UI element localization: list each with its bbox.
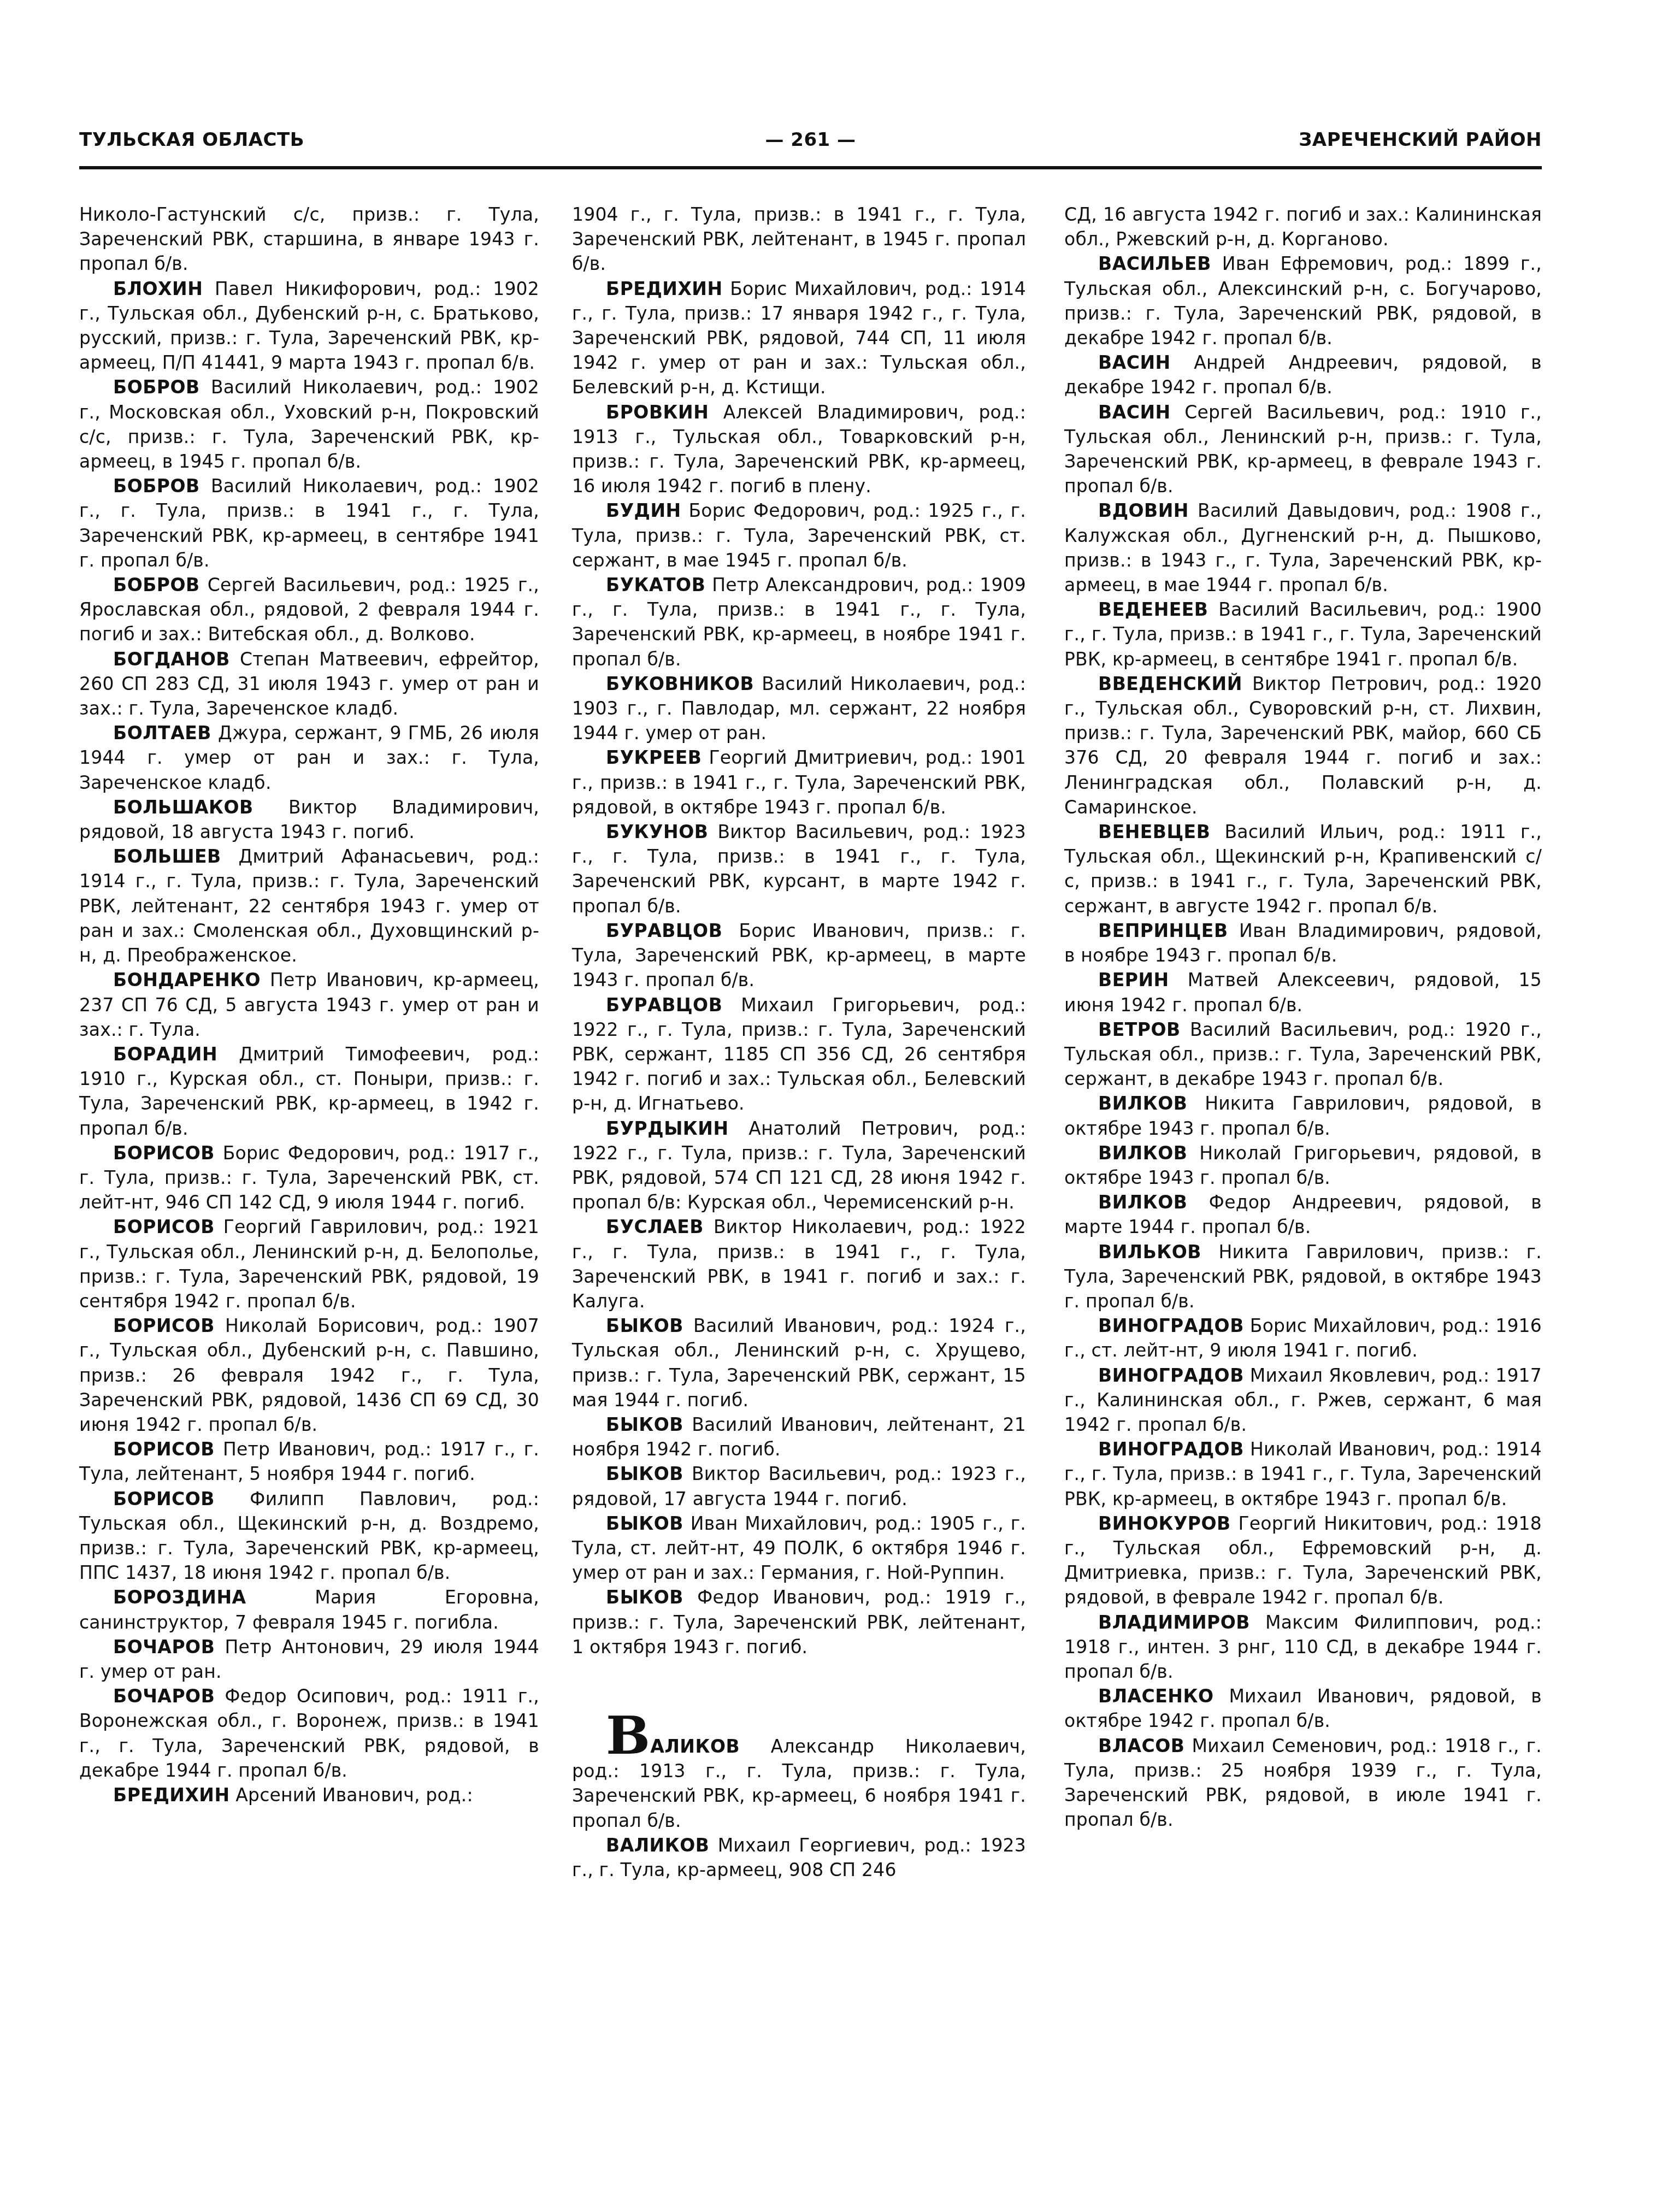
entry-text: 1904 г., г. Тула, призв.: в 1941 г., г. … (572, 204, 1026, 274)
list-item: ВИНОКУРОВ Георгий Никитович, род.: 1918 … (1064, 1511, 1542, 1610)
list-item: ВАЛИКОВ Михаил Георгиевич, род.: 1923 г.… (572, 1833, 1026, 1882)
list-item: БЫКОВ Иван Михайлович, род.: 1905 г., г.… (572, 1511, 1026, 1585)
list-item: ВИЛКОВ Николай Григорьевич, рядовой, в о… (1064, 1141, 1542, 1190)
list-item: БУДИН Борис Федорович, род.: 1925 г., г.… (572, 498, 1026, 573)
list-item: ВАСИН Андрей Андреевич, рядовой, в декаб… (1064, 350, 1542, 399)
entry-surname: БОЛТАЕВ (113, 722, 211, 744)
entry-surname: ВЕНЕВЦЕВ (1098, 821, 1210, 842)
list-item: БУКРЕЕВ Георгий Дмитриевич, род.: 1901 г… (572, 745, 1026, 819)
entry-surname: БРОВКИН (606, 402, 709, 423)
list-item: БУКОВНИКОВ Василий Николаевич, род.: 190… (572, 671, 1026, 746)
entry-surname: БОРИСОВ (113, 1315, 215, 1336)
entry-surname: ВИЛКОВ (1098, 1192, 1187, 1213)
column-1: Николо-Гастунский с/с, призв.: г. Тула, … (79, 202, 539, 1807)
list-item: ВАЛИКОВ Александр Николаевич, род.: 1913… (572, 1725, 1026, 1833)
list-item: БОЧАРОВ Федор Осипович, род.: 1911 г., В… (79, 1684, 539, 1783)
list-item: ВАСИЛЬЕВ Иван Ефремович, род.: 1899 г., … (1064, 251, 1542, 350)
entry-surname: БУРАВЦОВ (606, 994, 722, 1016)
list-item: БЫКОВ Федор Иванович, род.: 1919 г., при… (572, 1585, 1026, 1659)
list-item: БОРОЗДИНА Мария Егоровна, санинструктор,… (79, 1585, 539, 1634)
list-item: ВЛАСЕНКО Михаил Иванович, рядовой, в окт… (1064, 1684, 1542, 1733)
list-item: БУКАТОВ Петр Александрович, род.: 1909 г… (572, 573, 1026, 671)
entry-surname: БОРИСОВ (113, 1488, 215, 1510)
entry-surname: ВИНОГРАДОВ (1098, 1365, 1244, 1386)
entry-text: СД, 16 августа 1942 г. погиб и зах.: Кал… (1064, 204, 1542, 250)
list-item: ВЕРИН Матвей Алексеевич, рядовой, 15 июн… (1064, 968, 1542, 1017)
entry-surname: ВВЕДЕНСКИЙ (1098, 673, 1242, 694)
list-item: БУСЛАЕВ Виктор Николаевич, род.: 1922 г.… (572, 1214, 1026, 1313)
list-item: БОЛЬШАКОВ Виктор Владимирович, рядовой, … (79, 795, 539, 844)
entry-text: Арсений Иванович, род.: (235, 1784, 473, 1806)
list-item: БРЕДИХИН Борис Михайлович, род.: 1914 г.… (572, 276, 1026, 400)
list-item: ВЕНЕВЦЕВ Василий Ильич, род.: 1911 г., Т… (1064, 819, 1542, 918)
entry-surname: БУРАВЦОВ (606, 920, 722, 941)
entry-surname: БУКУНОВ (606, 821, 708, 842)
list-item: БОРИСОВ Борис Федорович, род.: 1917 г., … (79, 1141, 539, 1215)
running-header: ТУЛЬСКАЯ ОБЛАСТЬ — 261 — ЗАРЕЧЕНСКИЙ РАЙ… (79, 129, 1542, 156)
list-item: БОБРОВ Сергей Васильевич, род.: 1925 г.,… (79, 573, 539, 647)
list-item: БОРИСОВ Георгий Гаврилович, род.: 1921 г… (79, 1214, 539, 1313)
list-item: БЫКОВ Василий Иванович, лейтенант, 21 но… (572, 1412, 1026, 1461)
entry-surname: ВАСИН (1098, 402, 1171, 423)
list-item: ВИНОГРАДОВ Николай Иванович, род.: 1914 … (1064, 1437, 1542, 1511)
header-rule (79, 166, 1542, 169)
entry-text: Николо-Гастунский с/с, призв.: г. Тула, … (79, 204, 539, 274)
list-item: БОЧАРОВ Петр Антонович, 29 июля 1944 г. … (79, 1635, 539, 1684)
entry-surname: БОРИСОВ (113, 1142, 215, 1164)
list-item: БОРИСОВ Филипп Павлович, род.: Тульская … (79, 1487, 539, 1585)
entry-surname: ВЕТРОВ (1098, 1019, 1181, 1040)
header-district: ЗАРЕЧЕНСКИЙ РАЙОН (1299, 129, 1542, 151)
entry-surname: ВЕПРИНЦЕВ (1098, 920, 1228, 941)
entry-surname: БОРАДИН (113, 1043, 217, 1065)
entry-surname: БУКАТОВ (606, 574, 705, 596)
entry-surname: ВЕДЕНЕЕВ (1098, 599, 1208, 620)
entry-continuation: Николо-Гастунский с/с, призв.: г. Тула, … (79, 202, 539, 276)
list-item: ВАСИН Сергей Васильевич, род.: 1910 г., … (1064, 400, 1542, 499)
list-item: БОЛТАЕВ Джура, сержант, 9 ГМБ, 26 июля 1… (79, 721, 539, 795)
list-item: БУКУНОВ Виктор Васильевич, род.: 1923 г.… (572, 819, 1026, 918)
entry-surname: БОЛЬШАКОВ (113, 797, 254, 818)
entry-surname: БЫКОВ (606, 1315, 683, 1336)
entry-surname: ВИЛКОВ (1098, 1142, 1187, 1164)
list-item: БЫКОВ Василий Иванович, род.: 1924 г., Т… (572, 1313, 1026, 1412)
entry-surname: ВАЛИКОВ (606, 1835, 709, 1856)
entry-surname: БРЕДИХИН (606, 278, 723, 299)
list-item: ВИЛКОВ Федор Андреевич, рядовой, в марте… (1064, 1190, 1542, 1239)
list-item: ВЛАДИМИРОВ Максим Филиппович, род.: 1918… (1064, 1610, 1542, 1684)
list-item: ВЕТРОВ Василий Васильевич, род.: 1920 г.… (1064, 1017, 1542, 1092)
list-item: ВИНОГРАДОВ Борис Михайлович, род.: 1916 … (1064, 1313, 1542, 1363)
entry-continuation: СД, 16 августа 1942 г. погиб и зах.: Кал… (1064, 202, 1542, 251)
list-item: БРОВКИН Алексей Владимирович, род.: 1913… (572, 400, 1026, 499)
list-item: ВВЕДЕНСКИЙ Виктор Петрович, род.: 1920 г… (1064, 671, 1542, 819)
entry-surname: ВИНОКУРОВ (1098, 1513, 1231, 1534)
list-item: БОРИСОВ Николай Борисович, род.: 1907 г.… (79, 1313, 539, 1437)
entry-surname: БОЧАРОВ (113, 1685, 215, 1707)
entry-surname: ВИЛЬКОВ (1098, 1241, 1201, 1263)
list-item: БУРАВЦОВ Борис Иванович, призв.: г. Тула… (572, 918, 1026, 993)
list-item: ВЛАСОВ Михаил Семенович, род.: 1918 г., … (1064, 1734, 1542, 1832)
list-item: ВЕПРИНЦЕВ Иван Владимирович, рядовой, в … (1064, 918, 1542, 968)
list-item: ВИЛЬКОВ Никита Гаврилович, призв.: г. Ту… (1064, 1240, 1542, 1314)
entry-surname: БОГДАНОВ (113, 648, 230, 670)
entry-surname: БЛОХИН (113, 278, 203, 299)
entry-surname: ВЕРИН (1098, 969, 1169, 990)
entry-surname: БУРДЫКИН (606, 1118, 729, 1139)
entry-surname: БРЕДИХИН (113, 1784, 230, 1806)
list-item: БРЕДИХИН Арсений Иванович, род.: (79, 1783, 539, 1807)
list-item: БОРИСОВ Петр Иванович, род.: 1917 г., г.… (79, 1437, 539, 1486)
column-2: 1904 г., г. Тула, призв.: в 1941 г., г. … (572, 202, 1026, 1882)
list-item: БОРАДИН Дмитрий Тимофеевич, род.: 1910 г… (79, 1042, 539, 1141)
drop-cap-letter: В (606, 1705, 650, 1766)
entry-surname: ВЛАДИМИРОВ (1098, 1612, 1250, 1633)
entry-surname: ВАСИЛЬЕВ (1098, 253, 1211, 274)
list-item: ВИНОГРАДОВ Михаил Яковлевич, род.: 1917 … (1064, 1363, 1542, 1437)
entry-surname: ВДОВИН (1098, 500, 1189, 521)
list-item: БУРАВЦОВ Михаил Григорьевич, род.: 1922 … (572, 993, 1026, 1116)
list-item: ВИЛКОВ Никита Гаврилович, рядовой, в окт… (1064, 1091, 1542, 1140)
entry-surname: БУКРЕЕВ (606, 747, 702, 768)
list-item: БЫКОВ Виктор Васильевич, род.: 1923 г., … (572, 1461, 1026, 1511)
entry-surname: БУСЛАЕВ (606, 1216, 704, 1237)
list-item: ВДОВИН Василий Давыдович, род.: 1908 г.,… (1064, 498, 1542, 597)
entry-surname: БОРИСОВ (113, 1216, 215, 1237)
list-item: БУРДЫКИН Анатолий Петрович, род.: 1922 г… (572, 1116, 1026, 1215)
column-3: СД, 16 августа 1942 г. погиб и зах.: Кал… (1064, 202, 1542, 1832)
entry-surname: АЛИКОВ (650, 1736, 740, 1757)
list-item: БЛОХИН Павел Никифорович, род.: 1902 г.,… (79, 276, 539, 375)
list-item: БОЛЬШЕВ Дмитрий Афанасьевич, род.: 1914 … (79, 844, 539, 968)
entry-surname: ВИНОГРАДОВ (1098, 1315, 1244, 1336)
list-item: БОГДАНОВ Степан Матвеевич, ефрейтор, 260… (79, 647, 539, 721)
entry-continuation: 1904 г., г. Тула, призв.: в 1941 г., г. … (572, 202, 1026, 276)
entry-surname: БОБРОВ (113, 475, 200, 497)
entry-surname: БОНДАРЕНКО (113, 969, 261, 990)
entry-surname: БОЛЬШЕВ (113, 846, 221, 867)
list-item: ВЕДЕНЕЕВ Василий Васильевич, род.: 1900 … (1064, 597, 1542, 671)
entry-surname: БЫКОВ (606, 1513, 683, 1534)
entry-surname: ВЛАСОВ (1098, 1735, 1185, 1756)
entry-surname: ВАСИН (1098, 352, 1171, 373)
entry-surname: БЫКОВ (606, 1414, 683, 1435)
list-item: БОБРОВ Василий Николаевич, род.: 1902 г.… (79, 375, 539, 474)
list-item: БОНДАРЕНКО Петр Иванович, кр-армеец, 237… (79, 968, 539, 1042)
entry-surname: БОРИСОВ (113, 1438, 215, 1460)
entry-surname: БУКОВНИКОВ (606, 673, 754, 694)
entry-surname: БОЧАРОВ (113, 1636, 215, 1658)
entry-surname: ВЛАСЕНКО (1098, 1685, 1214, 1707)
entry-surname: БОРОЗДИНА (113, 1587, 246, 1608)
entry-surname: ВИНОГРАДОВ (1098, 1438, 1244, 1460)
entry-text: Виктор Петрович, род.: 1920 г., Тульская… (1064, 673, 1542, 818)
entry-surname: БОБРОВ (113, 574, 200, 596)
entry-surname: БОБРОВ (113, 376, 200, 398)
entry-surname: БЫКОВ (606, 1587, 683, 1608)
entry-surname: БЫКОВ (606, 1463, 683, 1484)
list-item: БОБРОВ Василий Николаевич, род.: 1902 г.… (79, 474, 539, 573)
entry-surname: ВИЛКОВ (1098, 1093, 1187, 1114)
entry-surname: БУДИН (606, 500, 681, 521)
